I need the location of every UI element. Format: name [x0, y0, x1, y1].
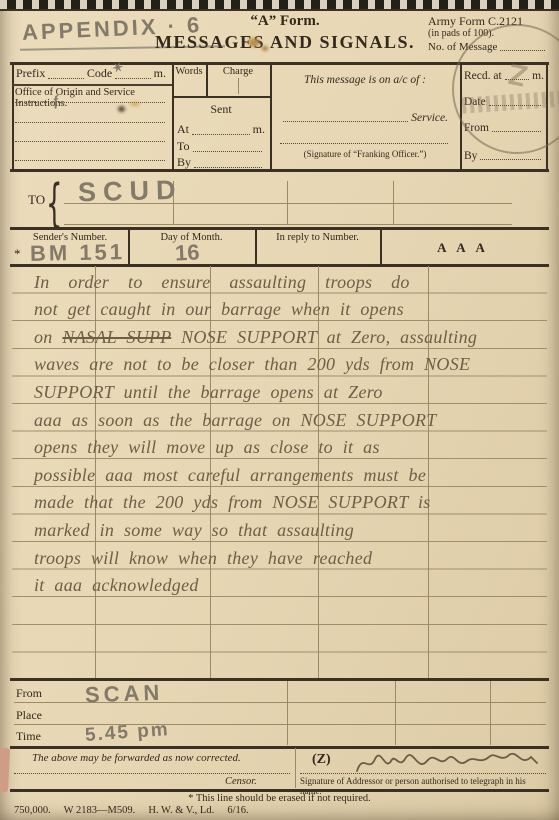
censor-label: Censor.: [225, 776, 257, 787]
torn-corner-bit: [0, 748, 10, 793]
words-charge-bottom: [172, 96, 270, 98]
message-line-3-pre: on: [34, 327, 62, 347]
office-blank-4: [15, 160, 165, 161]
message-line-7: opens they will move up as close to it a…: [34, 435, 539, 460]
day-of-month-value: 16: [174, 239, 200, 266]
origin-div-2: [287, 681, 288, 745]
aaa-mark: A A A: [380, 240, 546, 256]
to-line-2: [64, 224, 512, 225]
form-name: “A” Form.: [160, 13, 410, 30]
sent-to-label: To: [177, 139, 190, 154]
to-col-div-2: [287, 181, 288, 225]
in-reply-label: In reply to Number.: [255, 232, 380, 243]
to-brace: {: [46, 174, 63, 234]
senders-number-value: BM 151: [30, 239, 125, 267]
censor-divider: [295, 748, 296, 788]
message-line-8: possible aaa most careful arrangements m…: [34, 463, 539, 488]
postmark-band: [462, 90, 559, 113]
service-label: Service.: [411, 112, 448, 124]
recd-by-blank: [480, 159, 541, 160]
sent-at-row: At m.: [177, 122, 265, 137]
sent-at-m: m.: [253, 122, 265, 137]
service-row: Service.: [280, 112, 448, 124]
sent-by-label: By: [177, 155, 191, 170]
sent-at-blank: [192, 134, 250, 135]
grid-left-border: [12, 62, 14, 170]
charge-tick: [238, 78, 239, 94]
message-line-9: made that the 200 yds from NOSE SUPPORT …: [34, 490, 539, 515]
from-label: From: [16, 686, 42, 701]
to-value-handwriting: SCUD: [78, 175, 183, 209]
sent-by-blank: [194, 167, 262, 168]
message-line-12: it aaa acknowledged: [34, 573, 539, 598]
paper-stain-3: [118, 106, 125, 112]
time-label: Time: [16, 729, 41, 744]
paper-stain-2: [262, 46, 268, 51]
sent-by-row: By: [177, 155, 265, 170]
from-value-handwriting: SCAN: [85, 680, 164, 709]
z-mark: (Z): [312, 752, 331, 768]
service-blank: [283, 121, 408, 122]
message-line-11: troops will know when they have reached: [34, 546, 539, 571]
erase-note: * This line should be erased if not requ…: [0, 793, 559, 804]
message-line-3: on NASAL SUPP NOSE SUPPORT at Zero, assa…: [34, 325, 539, 350]
paper-stain-1: [248, 38, 260, 47]
message-line-1: In order to ensure assaulting troops do: [34, 270, 539, 295]
on-account-label: This message is on a/c of :: [272, 74, 458, 86]
message-line-5: SUPPORT until the barrage opens at Zero: [34, 380, 539, 405]
sender-asterisk: *: [14, 246, 21, 262]
office-of-origin-label: Office of Origin and Service Instruction…: [15, 87, 173, 109]
franking-label: (Signature of “Franking Officer.”): [272, 149, 458, 159]
print-info: 750,000. W 2183—M509. H. W. & V., Ld. 6/…: [14, 805, 249, 816]
message-form-scan: APPENDIX · 6 “A” Form. MESSAGES AND SIGN…: [0, 0, 559, 820]
message-line-3-post: NOSE SUPPORT at Zero, assaulting: [171, 327, 477, 347]
body-bottom-border: [10, 678, 549, 681]
sent-to-row: To: [177, 139, 265, 154]
prefix-label: Prefix: [16, 66, 45, 81]
words-label: Words: [172, 66, 206, 77]
corrected-note: The above may be forwarded as now correc…: [32, 752, 241, 764]
office-blank-3: [15, 141, 165, 142]
prefix-blank: [48, 78, 84, 79]
to-bottom-border: [10, 227, 549, 230]
to-row-label: TO: [28, 192, 45, 208]
prefix-underline: [12, 84, 172, 86]
recd-by-label: By: [464, 150, 477, 162]
to-col-div-3: [393, 181, 394, 225]
prefix-row: Prefix Code m.: [16, 66, 166, 81]
code-blank: [115, 78, 151, 79]
prefix-m-suffix: m.: [154, 66, 166, 81]
sent-to-blank: [193, 151, 263, 152]
time-value-handwriting: 5.45 pm: [84, 719, 170, 747]
message-line-2: not get caught in our barrage when it op…: [34, 297, 539, 322]
message-line-10: marked in some way so that assaulting: [34, 518, 539, 543]
sent-at-label: At: [177, 122, 189, 137]
charge-label: Charge: [206, 66, 270, 77]
office-blank-2: [15, 122, 165, 123]
message-line-3-struck: NASAL SUPP: [62, 327, 171, 347]
origin-div-4: [490, 681, 491, 745]
message-line-6: aaa as soon as the barrage on NOSE SUPPO…: [34, 408, 539, 433]
grid-bottom-border: [10, 169, 549, 172]
franking-blank: [280, 143, 448, 144]
message-line-4: waves are not to be closer than 200 yds …: [34, 352, 539, 377]
origin-div-3: [395, 681, 396, 745]
sent-label: Sent: [172, 102, 270, 117]
paper-stain-4: [130, 102, 140, 106]
signature-blank: [300, 773, 546, 774]
place-label: Place: [16, 708, 42, 723]
censor-bottom-border: [10, 789, 549, 792]
pencil-mark-office: ƒ.: [51, 91, 65, 109]
censor-blank: [14, 773, 290, 774]
office-blank-1: [15, 102, 165, 103]
torn-top-edge: [0, 0, 559, 11]
form-title: MESSAGES AND SIGNALS.: [120, 32, 450, 53]
